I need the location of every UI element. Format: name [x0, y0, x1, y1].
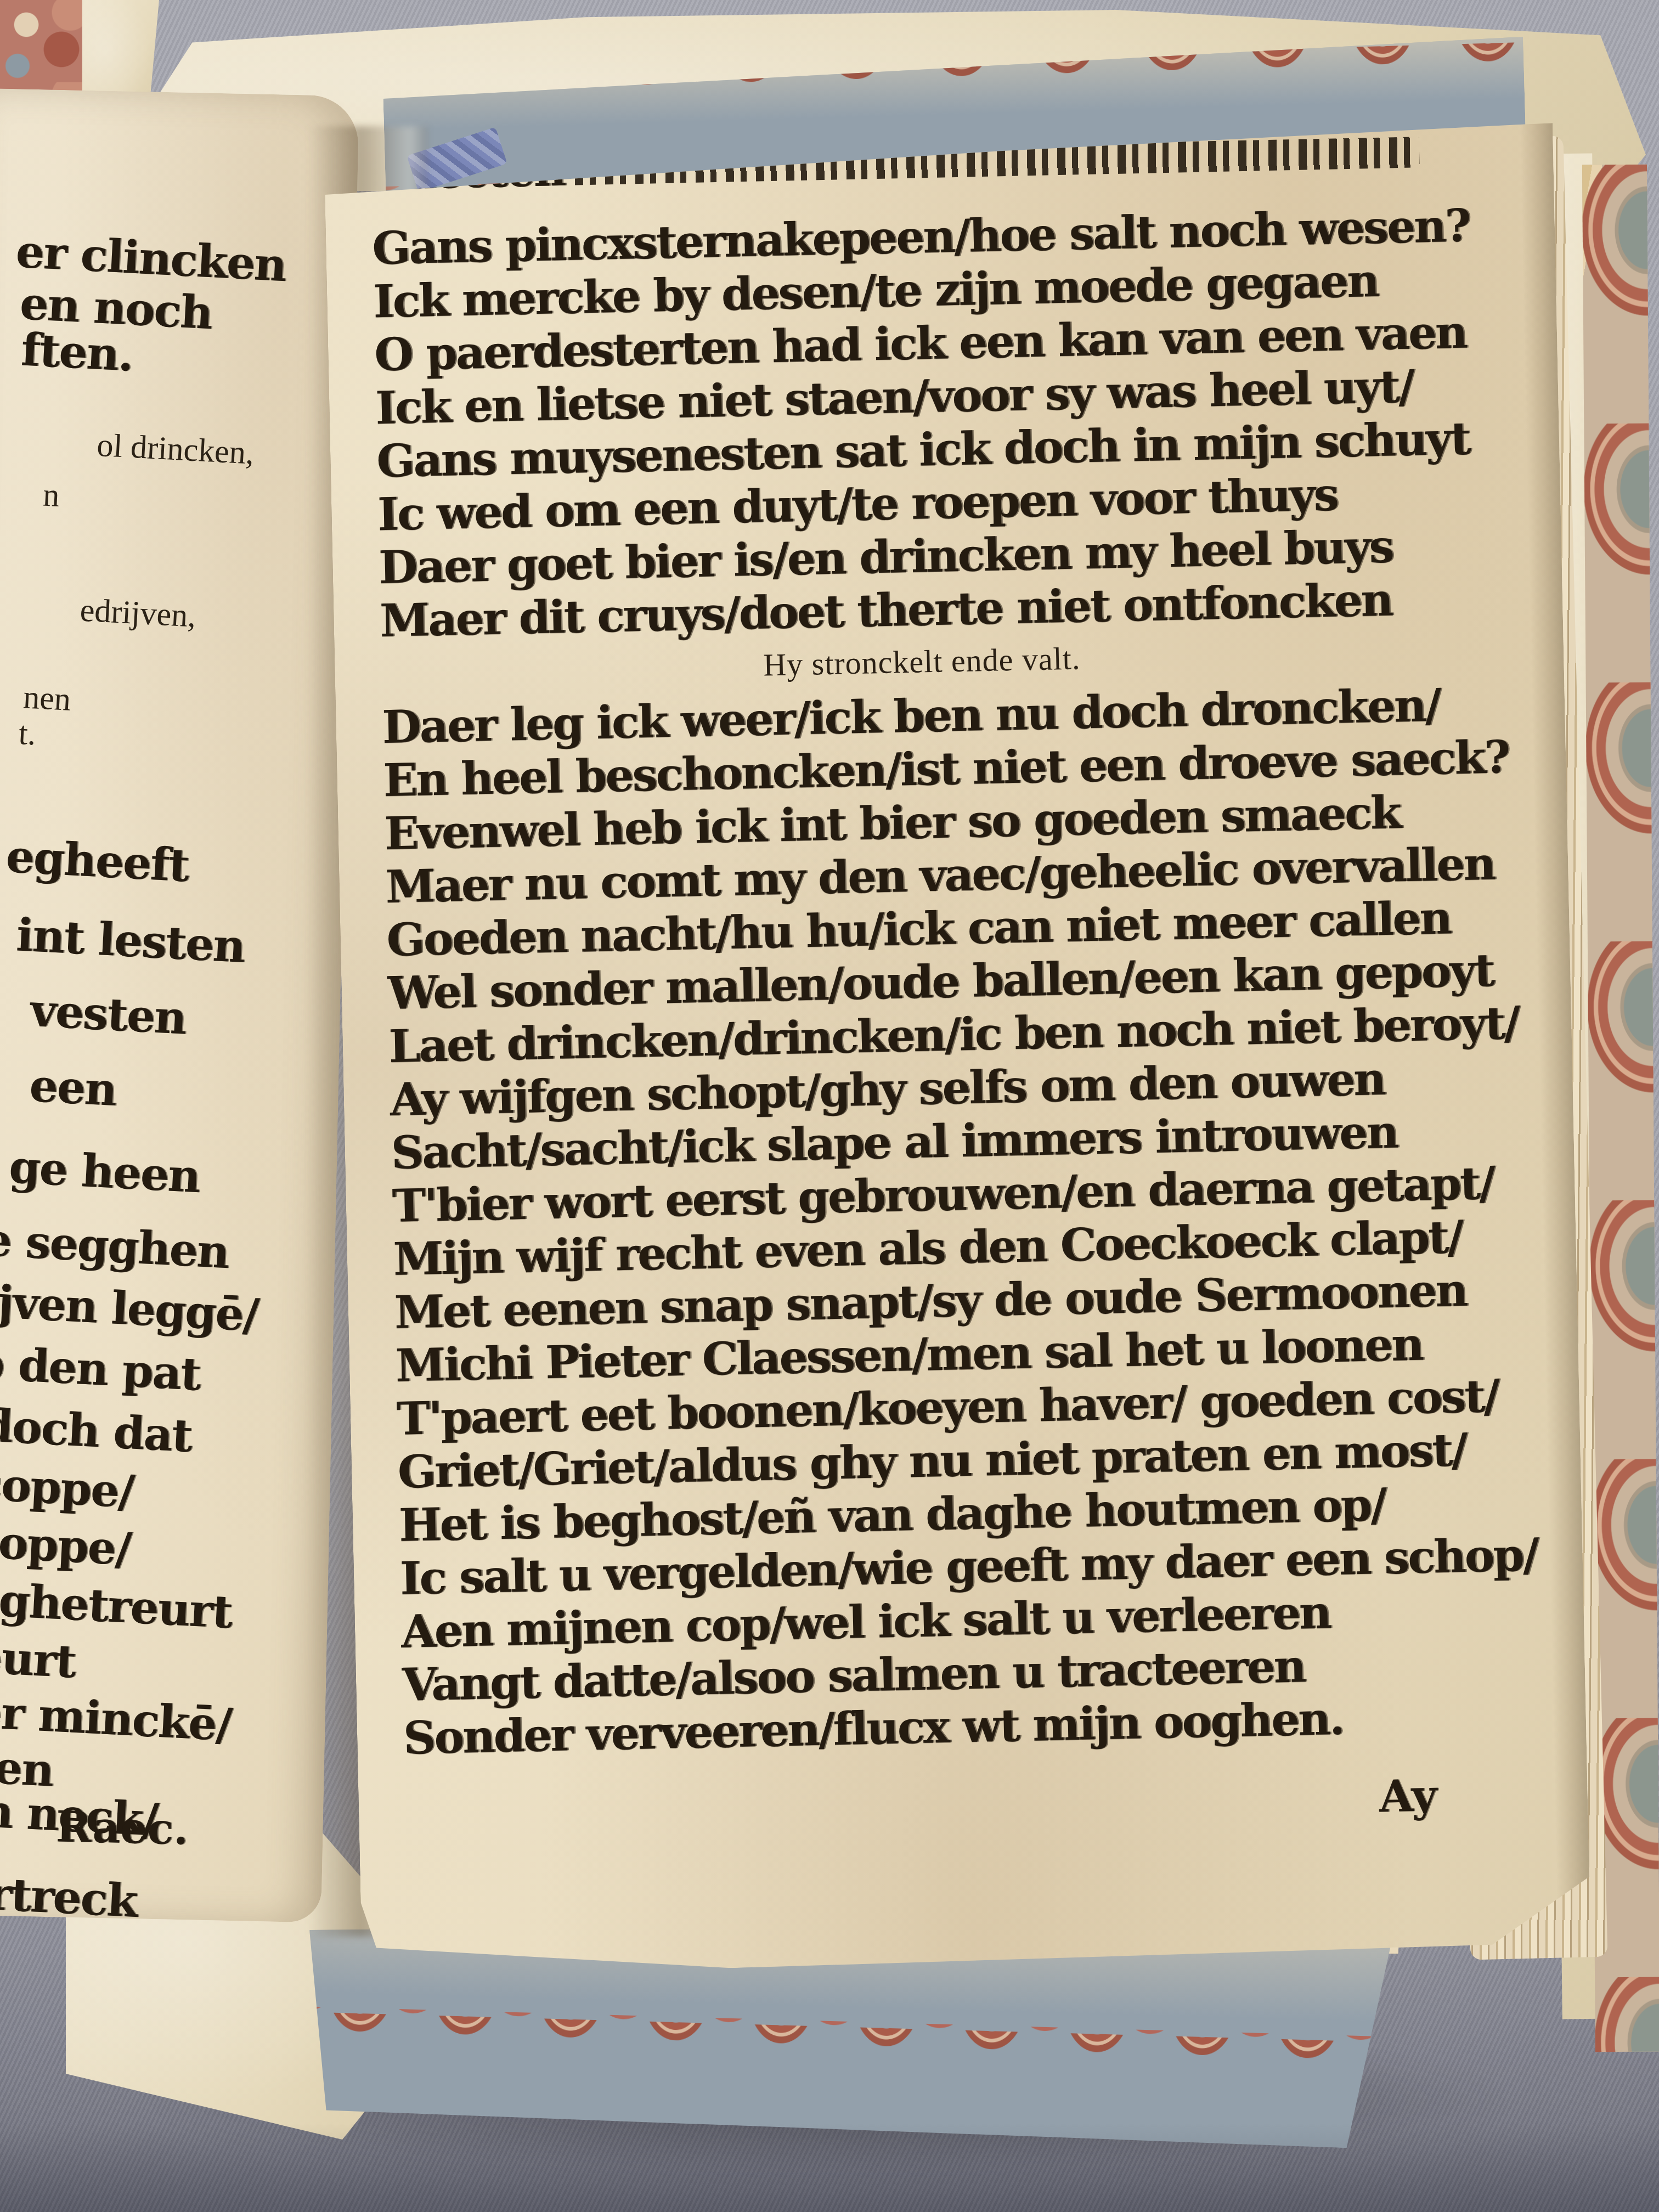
left-page-line-ending: doch dat: [0, 1399, 193, 1463]
left-page-line-ending: ften.: [20, 323, 134, 382]
left-page-line-ending: nghetreurt: [0, 1572, 233, 1639]
right-page-catchword: Ay: [1379, 1769, 1437, 1822]
photo-of-open-book: er clinckenen nochften.ol drincken,nedri…: [0, 0, 1659, 2212]
left-page-line-ending: een: [29, 1059, 118, 1116]
left-page-line-ending: coppe/: [0, 1458, 135, 1519]
left-page-line-ending: oppe/: [0, 1516, 132, 1576]
left-page-line-ending: ijven leggē/: [0, 1275, 259, 1342]
left-page: er clinckenen nochften.ol drincken,nedri…: [0, 88, 359, 1922]
left-page-line-ending: e segghen: [0, 1214, 230, 1279]
right-page: Raecten Gans pincxsternakepeen/hoe salt …: [324, 115, 1591, 1976]
left-page-line-ending: edrijven,: [79, 591, 197, 635]
left-page-line-ending: int lesten: [15, 909, 246, 973]
fabric-foreground-shade: [0, 2123, 1659, 2212]
left-page-line-ending: er minckē/: [0, 1685, 233, 1751]
left-page-line-ending: vertreck: [0, 1865, 138, 1928]
left-page-catchword: Raec.: [55, 1802, 189, 1854]
left-page-line-ending: egheeft: [5, 830, 190, 892]
left-page-line-ending: eurt: [0, 1630, 77, 1689]
left-page-line-ending: vesten: [29, 984, 187, 1045]
left-page-line-ending: nen: [22, 678, 72, 718]
left-page-line-ending: ge heen: [8, 1141, 201, 1203]
left-page-line-ending: p den pat: [0, 1336, 201, 1401]
left-page-line-ending: t.: [18, 714, 37, 753]
left-page-line-ending: n: [42, 476, 61, 515]
left-page-line-ending: ol drincken,: [96, 426, 255, 472]
